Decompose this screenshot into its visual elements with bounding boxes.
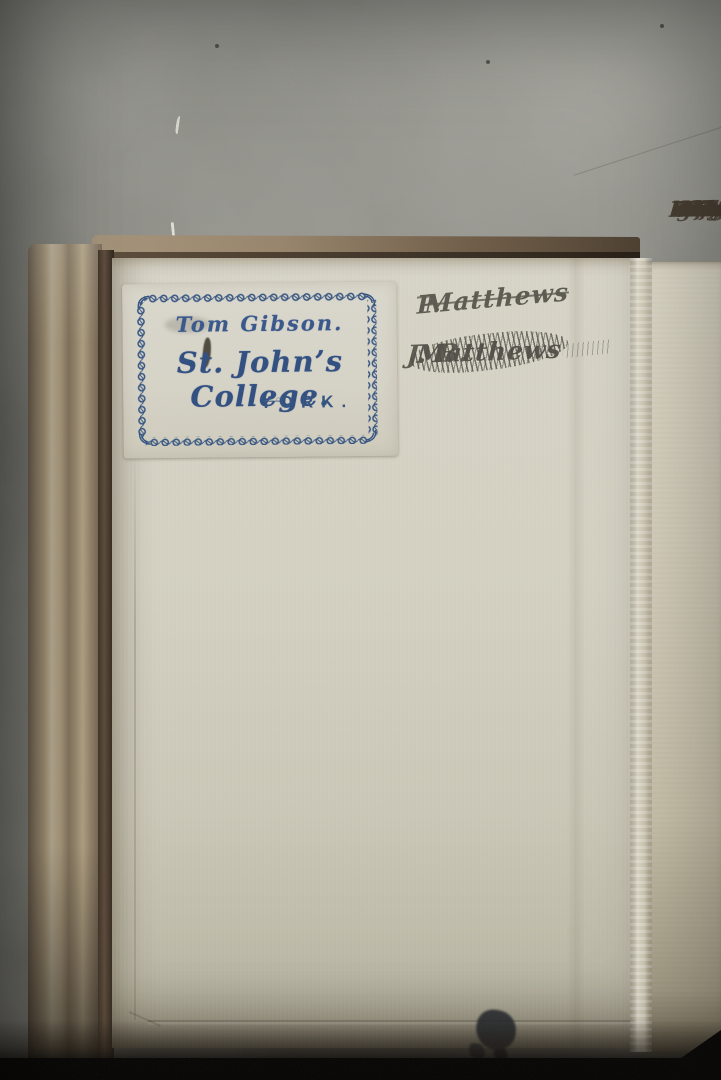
speck (215, 44, 219, 48)
board-impression-line (567, 258, 585, 1048)
board-impression-line (134, 453, 136, 1020)
bookplate-owner-name: Tom Gibson. (122, 310, 396, 338)
inscription-p-matthews: P.Matthews (417, 289, 431, 298)
page-deckle-edge (630, 258, 652, 1052)
bottom-dark-edge (0, 1058, 721, 1080)
speck (486, 60, 490, 64)
handwriting-fragment: to (708, 196, 721, 222)
book-cloth-spine (28, 244, 102, 1080)
frayed-fibers (630, 258, 652, 1052)
photo-of-book-inside-cover: P.Matthews J. B.Matthews (0, 0, 721, 1080)
bookplate-label: Tom Gibson. St. John’s College. —◦ YORK.… (122, 282, 398, 459)
speck (660, 24, 664, 28)
inscription-surname-scribbled: Matthews (416, 335, 563, 369)
flourish-right: ◦— (260, 393, 282, 409)
